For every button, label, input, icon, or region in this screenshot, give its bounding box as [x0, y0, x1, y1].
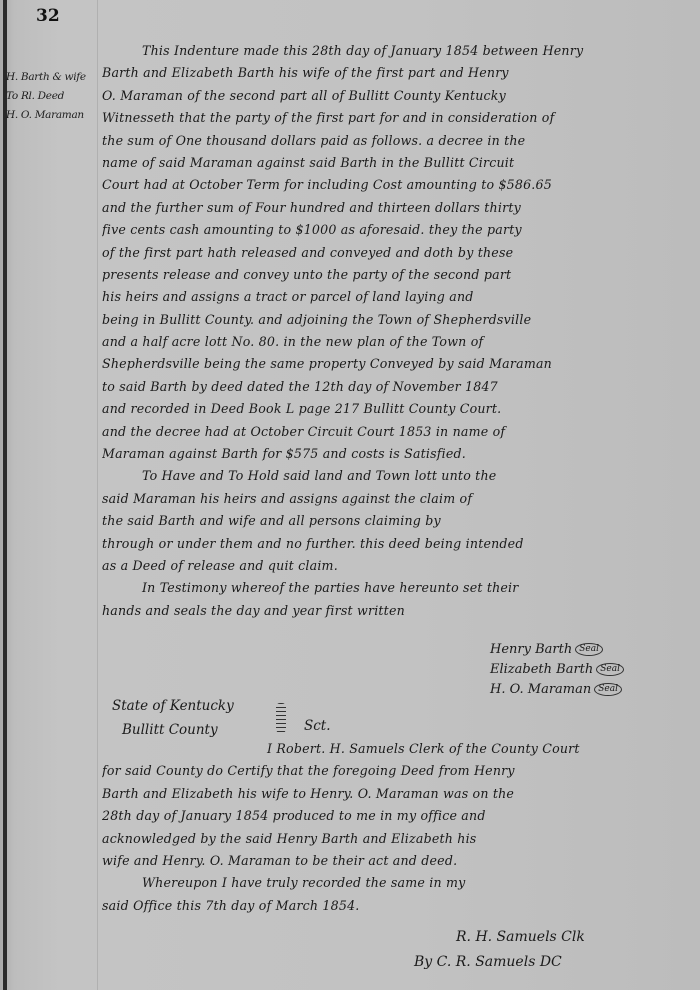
- certificate-body: I Robert. H. Samuels Clerk of the County…: [102, 738, 692, 917]
- certificate-line: I Robert. H. Samuels Clerk of the County…: [102, 738, 692, 760]
- clerk-signature: R. H. Samuels Clk: [456, 925, 585, 950]
- signature-elizabeth-barth: Elizabeth BarthSeal: [490, 660, 690, 680]
- deed-line: and the decree had at October Circuit Co…: [102, 421, 692, 443]
- deed-line: O. Maraman of the second part all of Bul…: [102, 85, 692, 107]
- deed-line: as a Deed of release and quit claim.: [102, 555, 692, 577]
- deed-line: and the further sum of Four hundred and …: [102, 197, 692, 219]
- margin-note-line: H. Barth & wife: [6, 68, 98, 87]
- deed-line: being in Bullitt County. and adjoining t…: [102, 309, 692, 331]
- deed-line: Shepherdsville being the same property C…: [102, 353, 692, 375]
- margin-note-line: To Rl. Deed: [6, 87, 98, 106]
- deed-line: Barth and Elizabeth Barth his wife of th…: [102, 62, 692, 84]
- certificate-line: said Office this 7th day of March 1854.: [102, 895, 692, 917]
- deed-line: his heirs and assigns a tract or parcel …: [102, 286, 692, 308]
- deed-line: and a half acre lott No. 80. in the new …: [102, 331, 692, 353]
- certificate-line: Barth and Elizabeth his wife to Henry. O…: [102, 783, 692, 805]
- signature-name: Henry Barth: [490, 642, 572, 657]
- ledger-page: 32 H. Barth & wife To Rl. Deed H. O. Mar…: [0, 0, 700, 990]
- habendum-line: To Have and To Hold said land and Town l…: [102, 465, 692, 487]
- deed-line: to said Barth by deed dated the 12th day…: [102, 376, 692, 398]
- deed-line: This Indenture made this 28th day of Jan…: [102, 40, 692, 62]
- deed-line: Court had at October Term for including …: [102, 174, 692, 196]
- certificate-line: wife and Henry. O. Maraman to be their a…: [102, 850, 692, 872]
- certificate-line: for said County do Certify that the fore…: [102, 760, 692, 782]
- deed-line: presents release and convey unto the par…: [102, 264, 692, 286]
- seal-icon: Seal: [594, 683, 622, 696]
- margin-rule: [97, 0, 98, 990]
- deed-line: of the first part hath released and conv…: [102, 242, 692, 264]
- testimonium-line: In Testimony whereof the parties have he…: [102, 577, 692, 599]
- deed-line: five cents cash amounting to $1000 as af…: [102, 219, 692, 241]
- deed-line: the sum of One thousand dollars paid as …: [102, 130, 692, 152]
- deed-line: through or under them and no further. th…: [102, 533, 692, 555]
- margin-note-line: H. O. Maraman: [6, 106, 98, 125]
- certificate-line: 28th day of January 1854 produced to me …: [102, 805, 692, 827]
- certificate-venue: State of Kentucky Bullitt County: [112, 694, 234, 742]
- deed-body: This Indenture made this 28th day of Jan…: [102, 40, 692, 622]
- deed-line: hands and seals the day and year first w…: [102, 600, 692, 622]
- deed-line: name of said Maraman against said Barth …: [102, 152, 692, 174]
- certificate-line: Whereupon I have truly recorded the same…: [102, 872, 692, 894]
- venue-state: State of Kentucky: [112, 694, 234, 718]
- deputy-clerk-signature: By C. R. Samuels DC: [414, 950, 585, 975]
- seal-icon: Seal: [596, 663, 624, 676]
- certificate-line: acknowledged by the said Henry Barth and…: [102, 828, 692, 850]
- margin-note: H. Barth & wife To Rl. Deed H. O. Marama…: [6, 68, 98, 125]
- binding-edge: [3, 0, 7, 990]
- signature-name: Elizabeth Barth: [490, 662, 593, 677]
- signature-henry-barth: Henry BarthSeal: [490, 640, 690, 660]
- page-number: 32: [36, 6, 60, 26]
- signature-block: Henry BarthSeal Elizabeth BarthSeal H. O…: [490, 640, 690, 700]
- venue-sct: Sct.: [304, 718, 331, 734]
- deed-line: the said Barth and wife and all persons …: [102, 510, 692, 532]
- signature-ho-maraman: H. O. MaramanSeal: [490, 680, 690, 700]
- signature-name: H. O. Maraman: [490, 682, 591, 697]
- deed-line: and recorded in Deed Book L page 217 Bul…: [102, 398, 692, 420]
- clerk-signatures: R. H. Samuels Clk By C. R. Samuels DC: [456, 925, 585, 975]
- brace-icon: [276, 703, 286, 733]
- deed-line: Witnesseth that the party of the first p…: [102, 107, 692, 129]
- deed-line: Maraman against Barth for $575 and costs…: [102, 443, 692, 465]
- deed-line: said Maraman his heirs and assigns again…: [102, 488, 692, 510]
- seal-icon: Seal: [575, 643, 603, 656]
